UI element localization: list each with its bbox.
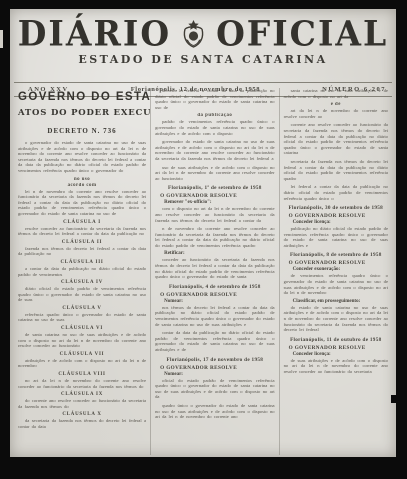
act-subheading: Nomear: [164,299,275,304]
dateline: Florianópolis, 30 de setembro de 1958 [284,205,388,211]
body-text: corrente ano resolve conceder ao funcion… [284,122,388,156]
resolve-heading: O GOVERNADOR RESOLVE [160,292,275,298]
illegible-heading: e de [284,102,388,107]
resolve-heading: O GOVERNADOR RESOLVE [289,260,388,266]
body-text: de suas atribuições e de acôrdo com o di… [284,358,388,375]
body-text: fazenda nos têrmos do decreto lei federa… [18,246,146,257]
act-subheading: Nomear: [164,372,275,377]
body-text: lei n de novembro do corrente ano resolv… [18,189,146,217]
body-text: a contar da data da publicação no diário… [18,266,146,277]
body-text: governador do estado de santa catarina n… [155,139,275,161]
dateline: Florianópolis, 4 de setembro de 1958 [155,284,275,290]
signature-line: no uso [18,177,146,182]
body-text: n de novembro do corrente ano resolve co… [155,226,275,248]
resolve-heading: O GOVERNADOR RESOLVE [160,365,275,371]
dateline: Florianópolis, 1º de setembro de 1958 [155,185,275,191]
dateline: Florianópolis, 11 de outubro de 1958 [284,337,388,343]
illegible-heading: da publicação [155,113,275,118]
body-text: o governador do estado de santa catarina… [18,140,146,174]
clause-heading: CLÁUSULA V [18,306,146,311]
column-right: santa catarina no uso de suas atribuiçõe… [279,88,392,455]
body-text: referência quadro único o governador do … [18,312,146,323]
clause-heading: CLÁUSULA VI [18,326,146,331]
dateline: Florianópolis, 17 de novembro de 1958 [155,357,275,363]
clause-heading: CLÁUSULA IX [18,392,146,397]
body-text: lei federal a contar da data da publicaç… [284,184,388,201]
resolve-heading: O GOVERNADOR RESOLVE [289,213,388,219]
coat-of-arms-icon [180,19,207,49]
masthead: DIÁRIO OFICIAL ESTADO DE SANTA CATARINA [14,17,392,66]
newspaper-page: DIÁRIO OFICIAL ESTADO DE SANTA CATARINA [10,9,396,457]
body-text: atribuições e de acôrdo com o disposto n… [18,358,146,369]
scan-edge-artifact [0,30,3,48]
body-text: com o disposto no art da lei n de novemb… [155,206,275,223]
body-text: oficial do estado padrão de vencimentos … [155,378,275,400]
resolve-heading: O GOVERNADOR RESOLVE [289,345,388,351]
body-text: da secretaria da fazenda nos têrmos do d… [18,418,146,429]
masthead-title-left: DIÁRIO [18,16,171,52]
body-text: quadro único o governador do estado de s… [155,403,275,420]
section-subtitle: ATOS DO PODER EXECUTIVO [18,108,146,118]
body-text: de vencimentos referência quadro único o… [284,273,388,295]
clause-heading: CLÁUSULA X [18,412,146,417]
act-subheading: Conceder licença: [293,220,388,225]
columns: GOVERNO DO ESTADO ATOS DO PODER EXECUTIV… [14,88,392,455]
body-text: conceder ao funcionário da secretaria da… [155,257,275,279]
masthead-subtitle: ESTADO DE SANTA CATARINA [14,53,392,66]
act-subheading: Classificar, em prosseguimento: [293,299,388,304]
body-text: secretaria da fazenda nos têrmos do decr… [284,159,388,181]
clause-heading: CLÁUSULA VII [18,352,146,357]
scan-edge-artifact [391,395,396,403]
body-text: uso de suas atribuições e de acôrdo com … [155,165,275,182]
body-text: santa catarina no uso de suas atribuiçõe… [284,88,388,99]
clause-heading: CLÁUSULA I [18,220,146,225]
clause-heading: CLÁUSULA IV [18,280,146,285]
clause-heading: CLÁUSULA VIII [18,372,146,377]
act-subheading: Remover "ex-officio": [164,200,275,205]
body-text: nos têrmos do decreto lei federal a cont… [155,305,275,327]
resolve-heading: O GOVERNADOR RESOLVE [160,193,275,199]
body-text: decreto lei federal a contar da data da … [155,88,275,110]
body-text: publicação no diário oficial do estado p… [284,226,388,248]
section-title: GOVERNO DO ESTADO [18,91,146,103]
decree-title: DECRETO N. 736 [18,127,146,135]
body-text: art da lei n de novembro do corrente ano… [284,108,388,119]
body-text: resolve conceder ao funcionário da secre… [18,226,146,237]
masthead-title-right: OFICIAL [216,16,388,52]
horizontal-rule-top [14,82,392,83]
act-subheading: Conceder licença: [293,352,388,357]
body-text: padrão de vencimentos referência quadro … [155,119,275,136]
dateline: Florianópolis, 8 de setembro de 1958 [284,252,388,258]
body-text: no art da lei n de novembro do corrente … [18,378,146,389]
clause-heading: CLÁUSULA II [18,240,146,245]
signature-line: acôrdo com [18,183,146,188]
body-text: diário oficial do estado padrão de venci… [18,286,146,303]
body-text: de santa catarina no uso de suas atribui… [18,332,146,349]
body-text: contar da data da publicação no diário o… [155,330,275,352]
act-subheading: Retificar: [164,251,275,256]
act-subheading: Conceder exoneração: [293,267,388,272]
column-middle: decreto lei federal a contar da data da … [150,88,279,455]
column-left: GOVERNO DO ESTADO ATOS DO PODER EXECUTIV… [14,88,150,455]
clause-heading: CLÁUSULA III [18,260,146,265]
body-text: do corrente ano resolve conceder ao func… [18,398,146,409]
body-text: do estado de santa catarina no uso de su… [284,305,388,333]
